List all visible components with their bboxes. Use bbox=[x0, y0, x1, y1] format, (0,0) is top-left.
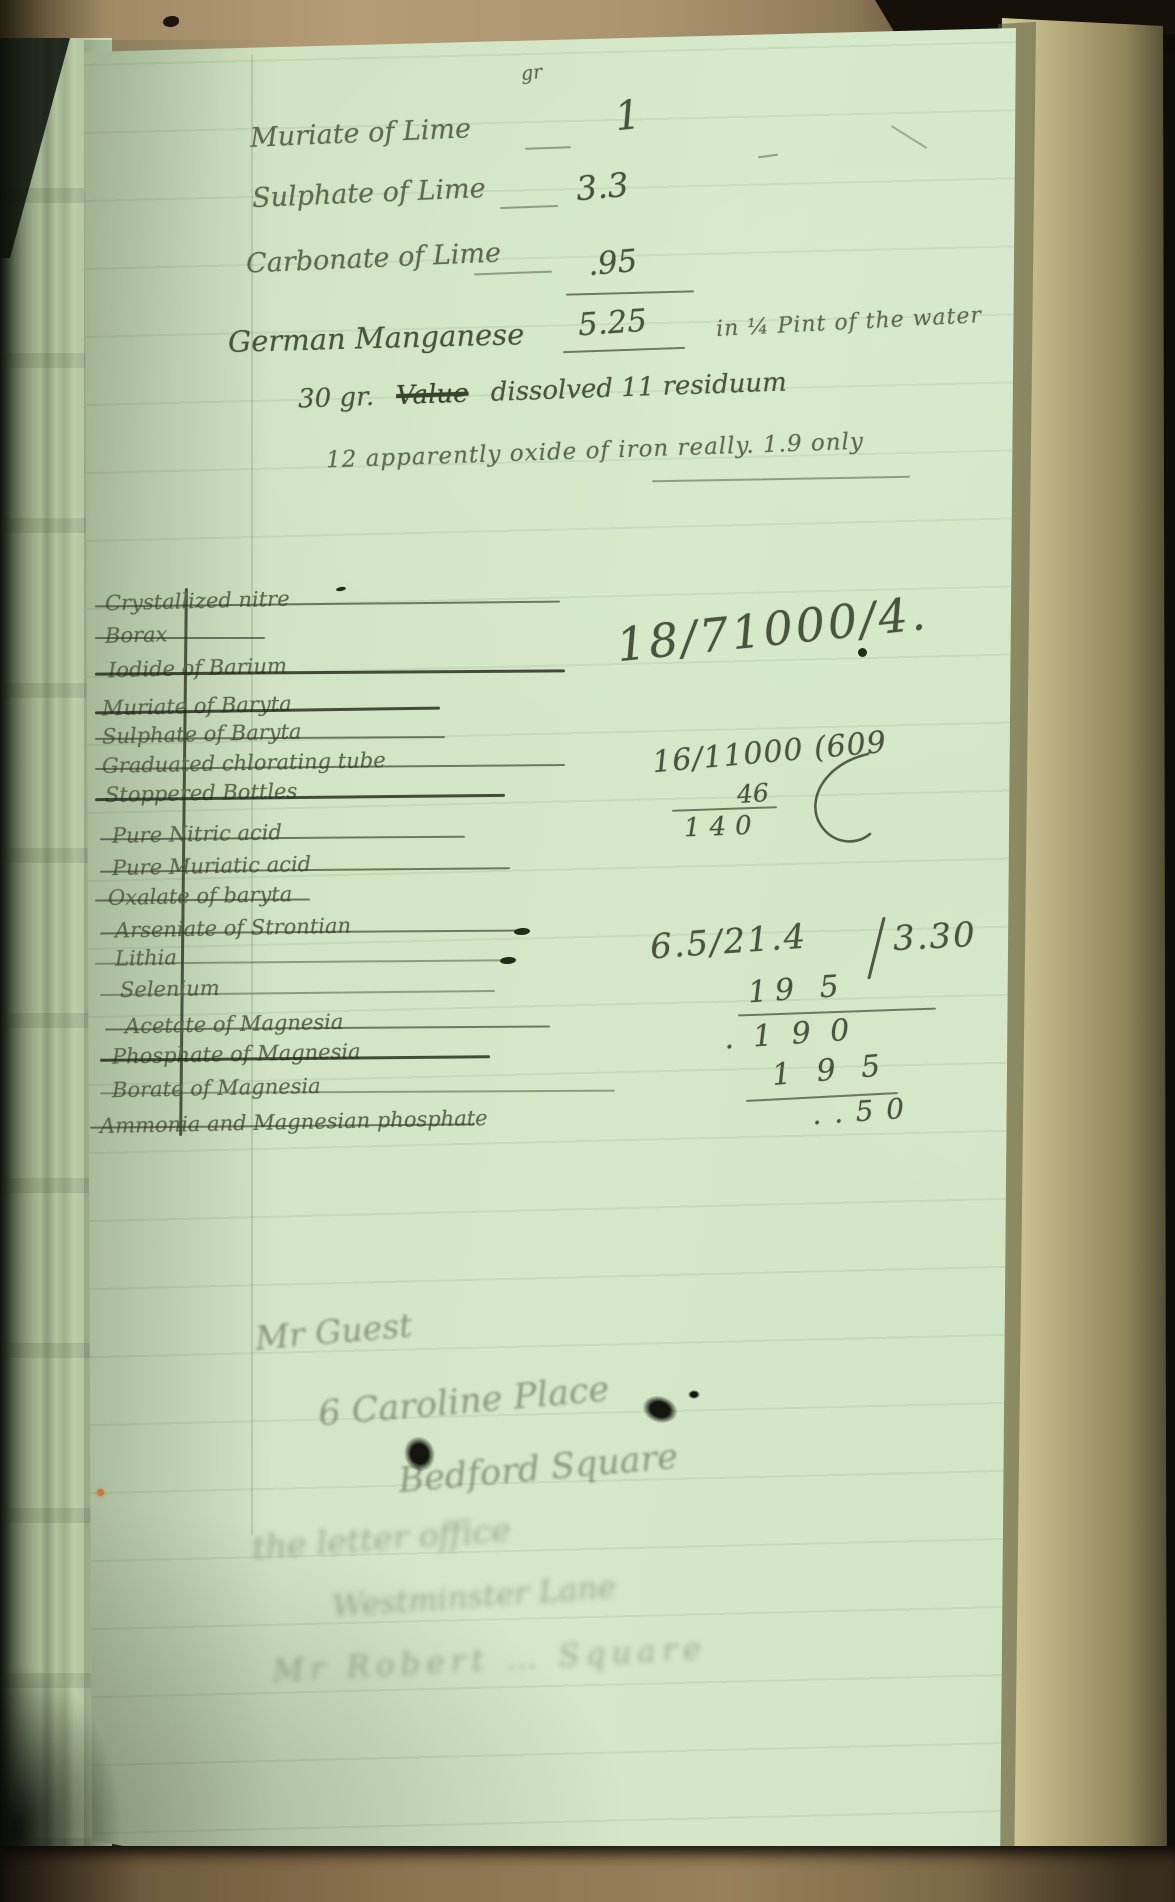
checklist-item: Phosphate of Magnesia bbox=[112, 1041, 361, 1067]
checklist-item: Lithia bbox=[115, 947, 177, 969]
ink-dot bbox=[858, 648, 867, 657]
checklist-item: Iodide of Barium bbox=[108, 656, 287, 682]
division-2-carry: 46 bbox=[736, 780, 769, 807]
pen-flourish bbox=[798, 748, 876, 848]
photograph-of-notebook: gr Muriate of Lime 1 Sulphate of Lime 3.… bbox=[0, 0, 1175, 1902]
unit-label: gr bbox=[520, 63, 543, 84]
divisor: 6.5 bbox=[649, 923, 712, 967]
division-2-remainder: 140 bbox=[684, 813, 762, 842]
analysis-amount: 3.3 bbox=[575, 168, 630, 205]
struck-word: Value bbox=[396, 379, 469, 412]
division-3-quotient: 3.30 bbox=[892, 918, 977, 956]
strike-line bbox=[95, 637, 265, 639]
division-3-work-row: 19 5 bbox=[747, 972, 848, 1009]
total-amount: 5.25 bbox=[577, 306, 648, 342]
checklist-item: Arseniate of Strontian bbox=[115, 916, 351, 942]
checklist-item: Borax bbox=[105, 624, 168, 647]
checklist-item: Oxalate of baryta bbox=[108, 884, 293, 909]
checklist-item: Acetate of Magnesia bbox=[125, 1012, 344, 1038]
ink-blot bbox=[688, 1390, 700, 1399]
division-3-divisor-dividend: 6.5/21.4 bbox=[649, 920, 808, 965]
checklist-item: Stoppered Bottles bbox=[105, 781, 298, 806]
checklist-item: Borate of Magnesia bbox=[112, 1076, 321, 1101]
section-heading: German Manganese bbox=[228, 320, 525, 357]
checklist-item: Muriate of Baryta bbox=[102, 694, 292, 720]
division-3-work-row: . . 5 0 bbox=[811, 1095, 907, 1129]
weight: 30 gr. bbox=[298, 382, 375, 415]
dividend: 21.4 bbox=[722, 917, 808, 963]
checklist-item: Pure Muriatic acid bbox=[112, 854, 312, 879]
checklist-item: Crystallized nitre bbox=[105, 589, 290, 615]
checklist-item: Selenium bbox=[120, 978, 220, 1001]
checklist-item: Pure Nitric acid bbox=[112, 822, 282, 847]
division-3-work-row: . 1 9 0 bbox=[723, 1015, 855, 1054]
wood-table-bottom bbox=[0, 1846, 1175, 1902]
analysis-amount: .95 bbox=[587, 246, 639, 281]
shadow-bottom-left bbox=[0, 1560, 160, 1860]
checklist-item: Sulphate of Baryta bbox=[102, 721, 302, 747]
orange-speck bbox=[97, 1489, 104, 1496]
analysis-amount: 1 bbox=[613, 95, 642, 137]
